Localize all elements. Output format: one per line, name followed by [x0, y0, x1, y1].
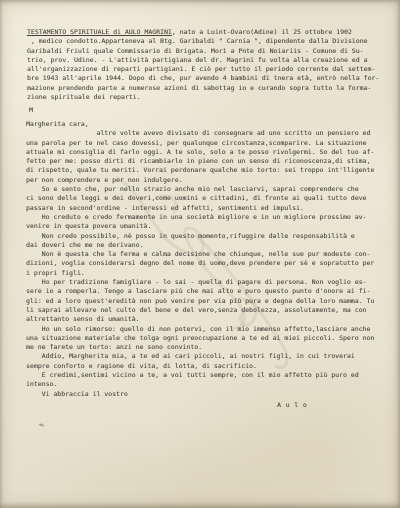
- letter-body: Margherita cara, altre volte avevo divis…: [26, 120, 374, 399]
- document-title-rest: , nato a Luint-Ovaro(Adine) il 25 ottobr…: [172, 28, 352, 36]
- text-line: Addio, Margherita mia, a te ed ai cari p…: [26, 352, 374, 361]
- text-line: fetto per me: posso dirti di ricambiarlo…: [26, 157, 374, 166]
- text-line: i propri figli.: [26, 269, 374, 278]
- text-line: dizioni, voglia considerarsi degno del n…: [26, 259, 374, 268]
- text-line: una parola per te nel caso dovessi, per …: [26, 139, 374, 148]
- text-line: Vi abbraccia il vostro: [26, 390, 374, 399]
- text-line: me ne farete un torto: anzi ne sono conv…: [26, 343, 374, 352]
- text-line: bre 1943 all'aprile 1944. Dopo di che, p…: [27, 74, 379, 83]
- text-line: sempre conforto e ragione di vita, di lo…: [26, 362, 374, 371]
- text-line: altre volte avevo divisato di consegnare…: [26, 129, 374, 138]
- text-line: Ho un solo rimorso: quello di non poterv…: [26, 325, 374, 334]
- header-title-line: TESTAMENTO SPIRITUALE di AULO MAGRINI, n…: [27, 28, 379, 37]
- text-line: Ho per tradizione famigliare - lo sai - …: [26, 278, 374, 287]
- header-lines: , medico condotto.Apparteneva al Btg. Ga…: [27, 37, 379, 102]
- text-line: gli: ed a loro quest'eredità non può ven…: [26, 297, 374, 306]
- document-title: TESTAMENTO SPIRITUALE di AULO MAGRINI: [27, 28, 172, 36]
- text-line: , medico condotto.Apparteneva al Btg. Ga…: [27, 37, 379, 46]
- text-line: li saprai allevare nel culto del bene e …: [26, 306, 374, 315]
- text-line: passare in second'ordine - interessi ed …: [26, 204, 374, 213]
- text-line: zione spirituale dei reparti.: [27, 93, 379, 102]
- text-line: So e sento che, pur nello strazio anche …: [26, 185, 374, 194]
- text-line: all'organizzazione di reparti partigiani…: [27, 65, 379, 74]
- text-line: trio, prov. Udine. - L'attività partigia…: [27, 56, 379, 65]
- text-line: per non comprendere e per non indulgere.: [26, 176, 374, 185]
- text-line: attuale mi consiglia di farlo oggi. A te…: [26, 148, 374, 157]
- signature: A u l o: [277, 401, 307, 410]
- text-line: Garibaldi Friuli quale Commissario di Br…: [27, 47, 379, 56]
- scanned-letter-page: TESTAMENTO SPIRITUALE di AULO MAGRINI, n…: [0, 0, 400, 508]
- text-line: venire in questa povera umanità.: [26, 222, 374, 231]
- text-line: mazione prendendo parte a numerose azion…: [27, 84, 379, 93]
- text-line: E credimi,sentimi vicino a te, a voi tut…: [26, 371, 374, 380]
- text-line: di rispetto, quale tu meriti. Vorrai per…: [26, 166, 374, 175]
- text-line: Non è questa che la ferma e calma decisi…: [26, 250, 374, 259]
- text-line: Margherita cara,: [26, 120, 374, 129]
- pencil-mark: [39, 423, 44, 426]
- text-line: dai doveri che me ne derivano.: [26, 241, 374, 250]
- text-line: sere io a romperla. Tengo a lasciare più…: [26, 287, 374, 296]
- text-line: Non credo possibile, nè posso in questo …: [26, 232, 374, 241]
- text-line: intenso.: [26, 380, 374, 389]
- text-line: una situazione materiale che tolga ogni …: [26, 334, 374, 343]
- annotation-m: M: [29, 106, 33, 115]
- text-line: Ho creduto e credo fermamente in una soc…: [26, 213, 374, 222]
- text-line: ci sono delle leggi e dei doveri,come uo…: [26, 194, 374, 203]
- text-line: altrettanto senso di umanità.: [26, 315, 374, 324]
- typed-header-paragraph: TESTAMENTO SPIRITUALE di AULO MAGRINI, n…: [27, 28, 379, 102]
